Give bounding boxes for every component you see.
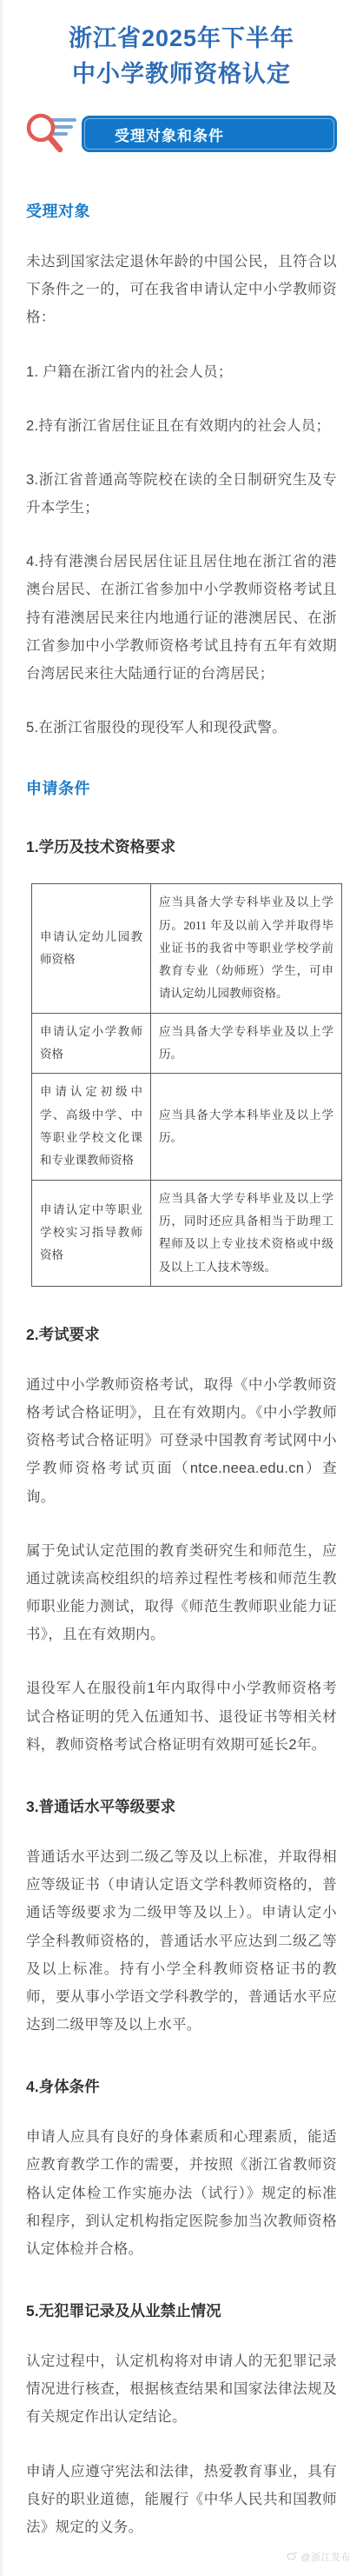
exam-paragraph-3: 退役军人在服役前1年内取得中小学教师资格考试合格证明的凭入伍通知书、退役证书等相…: [26, 1674, 337, 1759]
subheading-health: 4.身体条件: [26, 2075, 337, 2097]
subheading-putonghua: 3.普通话水平等级要求: [26, 1795, 337, 1817]
subheading-criminal-record: 5.无犯罪记录及从业禁止情况: [26, 2300, 337, 2321]
page-title: 浙江省2025年下半年 中小学教师资格认定: [26, 17, 337, 91]
weibo-icon: [287, 2551, 298, 2563]
page-title-line1: 浙江省2025年下半年: [26, 21, 337, 57]
table-cell-type: 申请认定中等职业学校实习指导教师资格: [32, 1180, 151, 1286]
exam-paragraph-2: 属于免试认定范围的教育类研究生和师范生，应通过就读高校组织的培养过程性考核和师范…: [26, 1537, 337, 1649]
accept-item-4: 4.持有港澳台居民居住证且居住地在浙江省的港澳台居民、在浙江省参加中小学教师资格…: [26, 548, 337, 688]
subheading-exam: 2.考试要求: [26, 1323, 337, 1345]
table-cell-type: 申请认定初级中学、高级中学、中等职业学校文化课和专业课教师资格: [32, 1074, 151, 1180]
table-row: 申请认定初级中学、高级中学、中等职业学校文化课和专业课教师资格 应当具备大学本科…: [32, 1074, 342, 1180]
watermark-label: @浙江发布: [300, 2550, 351, 2564]
table-cell-type: 申请认定小学教师资格: [32, 1013, 151, 1074]
criminal-record-paragraph-2: 申请人应遵守宪法和法律，热爱教育事业，具有良好的职业道德，能履行《中华人民共和国…: [26, 2458, 337, 2542]
magnifier-icon: [23, 109, 78, 164]
table-cell-type: 申请认定幼儿园教师资格: [32, 884, 151, 1014]
section-banner: 受理对象和条件: [82, 116, 337, 152]
table-cell-requirement: 应当具备大学专科毕业及以上学历。: [151, 1013, 342, 1074]
table-cell-requirement: 应当具备大学本科毕业及以上学历。: [151, 1074, 342, 1180]
page: 浙江省2025年下半年 中小学教师资格认定 受理对象和条件 受理对象 未达到国家…: [3, 0, 363, 2576]
exam-paragraph-1: 通过中小学教师资格考试，取得《中小学教师资格考试合格证明》，且在有效期内。《中小…: [26, 1371, 337, 1511]
watermark: @浙江发布: [287, 2550, 351, 2564]
subheading-qualification: 1.学历及技术资格要求: [26, 835, 337, 857]
banner-label: 受理对象和条件: [82, 123, 224, 145]
banner-row: 受理对象和条件: [23, 116, 337, 164]
accept-item-5: 5.在浙江省服役的现役军人和现役武警。: [26, 714, 337, 742]
table-cell-requirement: 应当具备大学专科毕业及以上学历。2011 年及以前入学并取得毕业证书的我省中等职…: [151, 884, 342, 1014]
putonghua-paragraph: 普通话水平达到二级乙等及以上标准，并取得相应等级证书（申请认定语文学科教师资格的…: [26, 1843, 337, 2039]
accept-item-3: 3.浙江省普通高等院校在读的全日制研究生及专升本学生；: [26, 466, 337, 522]
qualification-table: 申请认定幼儿园教师资格 应当具备大学专科毕业及以上学历。2011 年及以前入学并…: [31, 883, 342, 1287]
table-row: 申请认定小学教师资格 应当具备大学专科毕业及以上学历。: [32, 1013, 342, 1074]
health-paragraph: 申请人应具有良好的身体素质和心理素质，能适应教育教学工作的需要，并按照《浙江省教…: [26, 2123, 337, 2263]
page-title-line2: 中小学教师资格认定: [26, 57, 337, 92]
accept-intro: 未达到国家法定退休年龄的中国公民，且符合以下条件之一的，可在我省申请认定中小学教…: [26, 248, 337, 332]
accept-item-1: 1. 户籍在浙江省内的社会人员；: [26, 358, 337, 386]
accept-item-2: 2.持有浙江省居住证且在有效期内的社会人员；: [26, 412, 337, 440]
section-heading-accept: 受理对象: [26, 199, 337, 222]
criminal-record-paragraph-1: 认定过程中，认定机构将对申请人的无犯罪记录情况进行核查，根据核查结果和国家法律法…: [26, 2347, 337, 2432]
section-heading-apply: 申请条件: [26, 776, 337, 799]
table-row: 申请认定中等职业学校实习指导教师资格 应当具备大学专科毕业及以上学历，同时还应具…: [32, 1180, 342, 1286]
table-cell-requirement: 应当具备大学专科毕业及以上学历，同时还应具备相当于助理工程师及以上专业技术资格或…: [151, 1180, 342, 1286]
table-row: 申请认定幼儿园教师资格 应当具备大学专科毕业及以上学历。2011 年及以前入学并…: [32, 884, 342, 1014]
